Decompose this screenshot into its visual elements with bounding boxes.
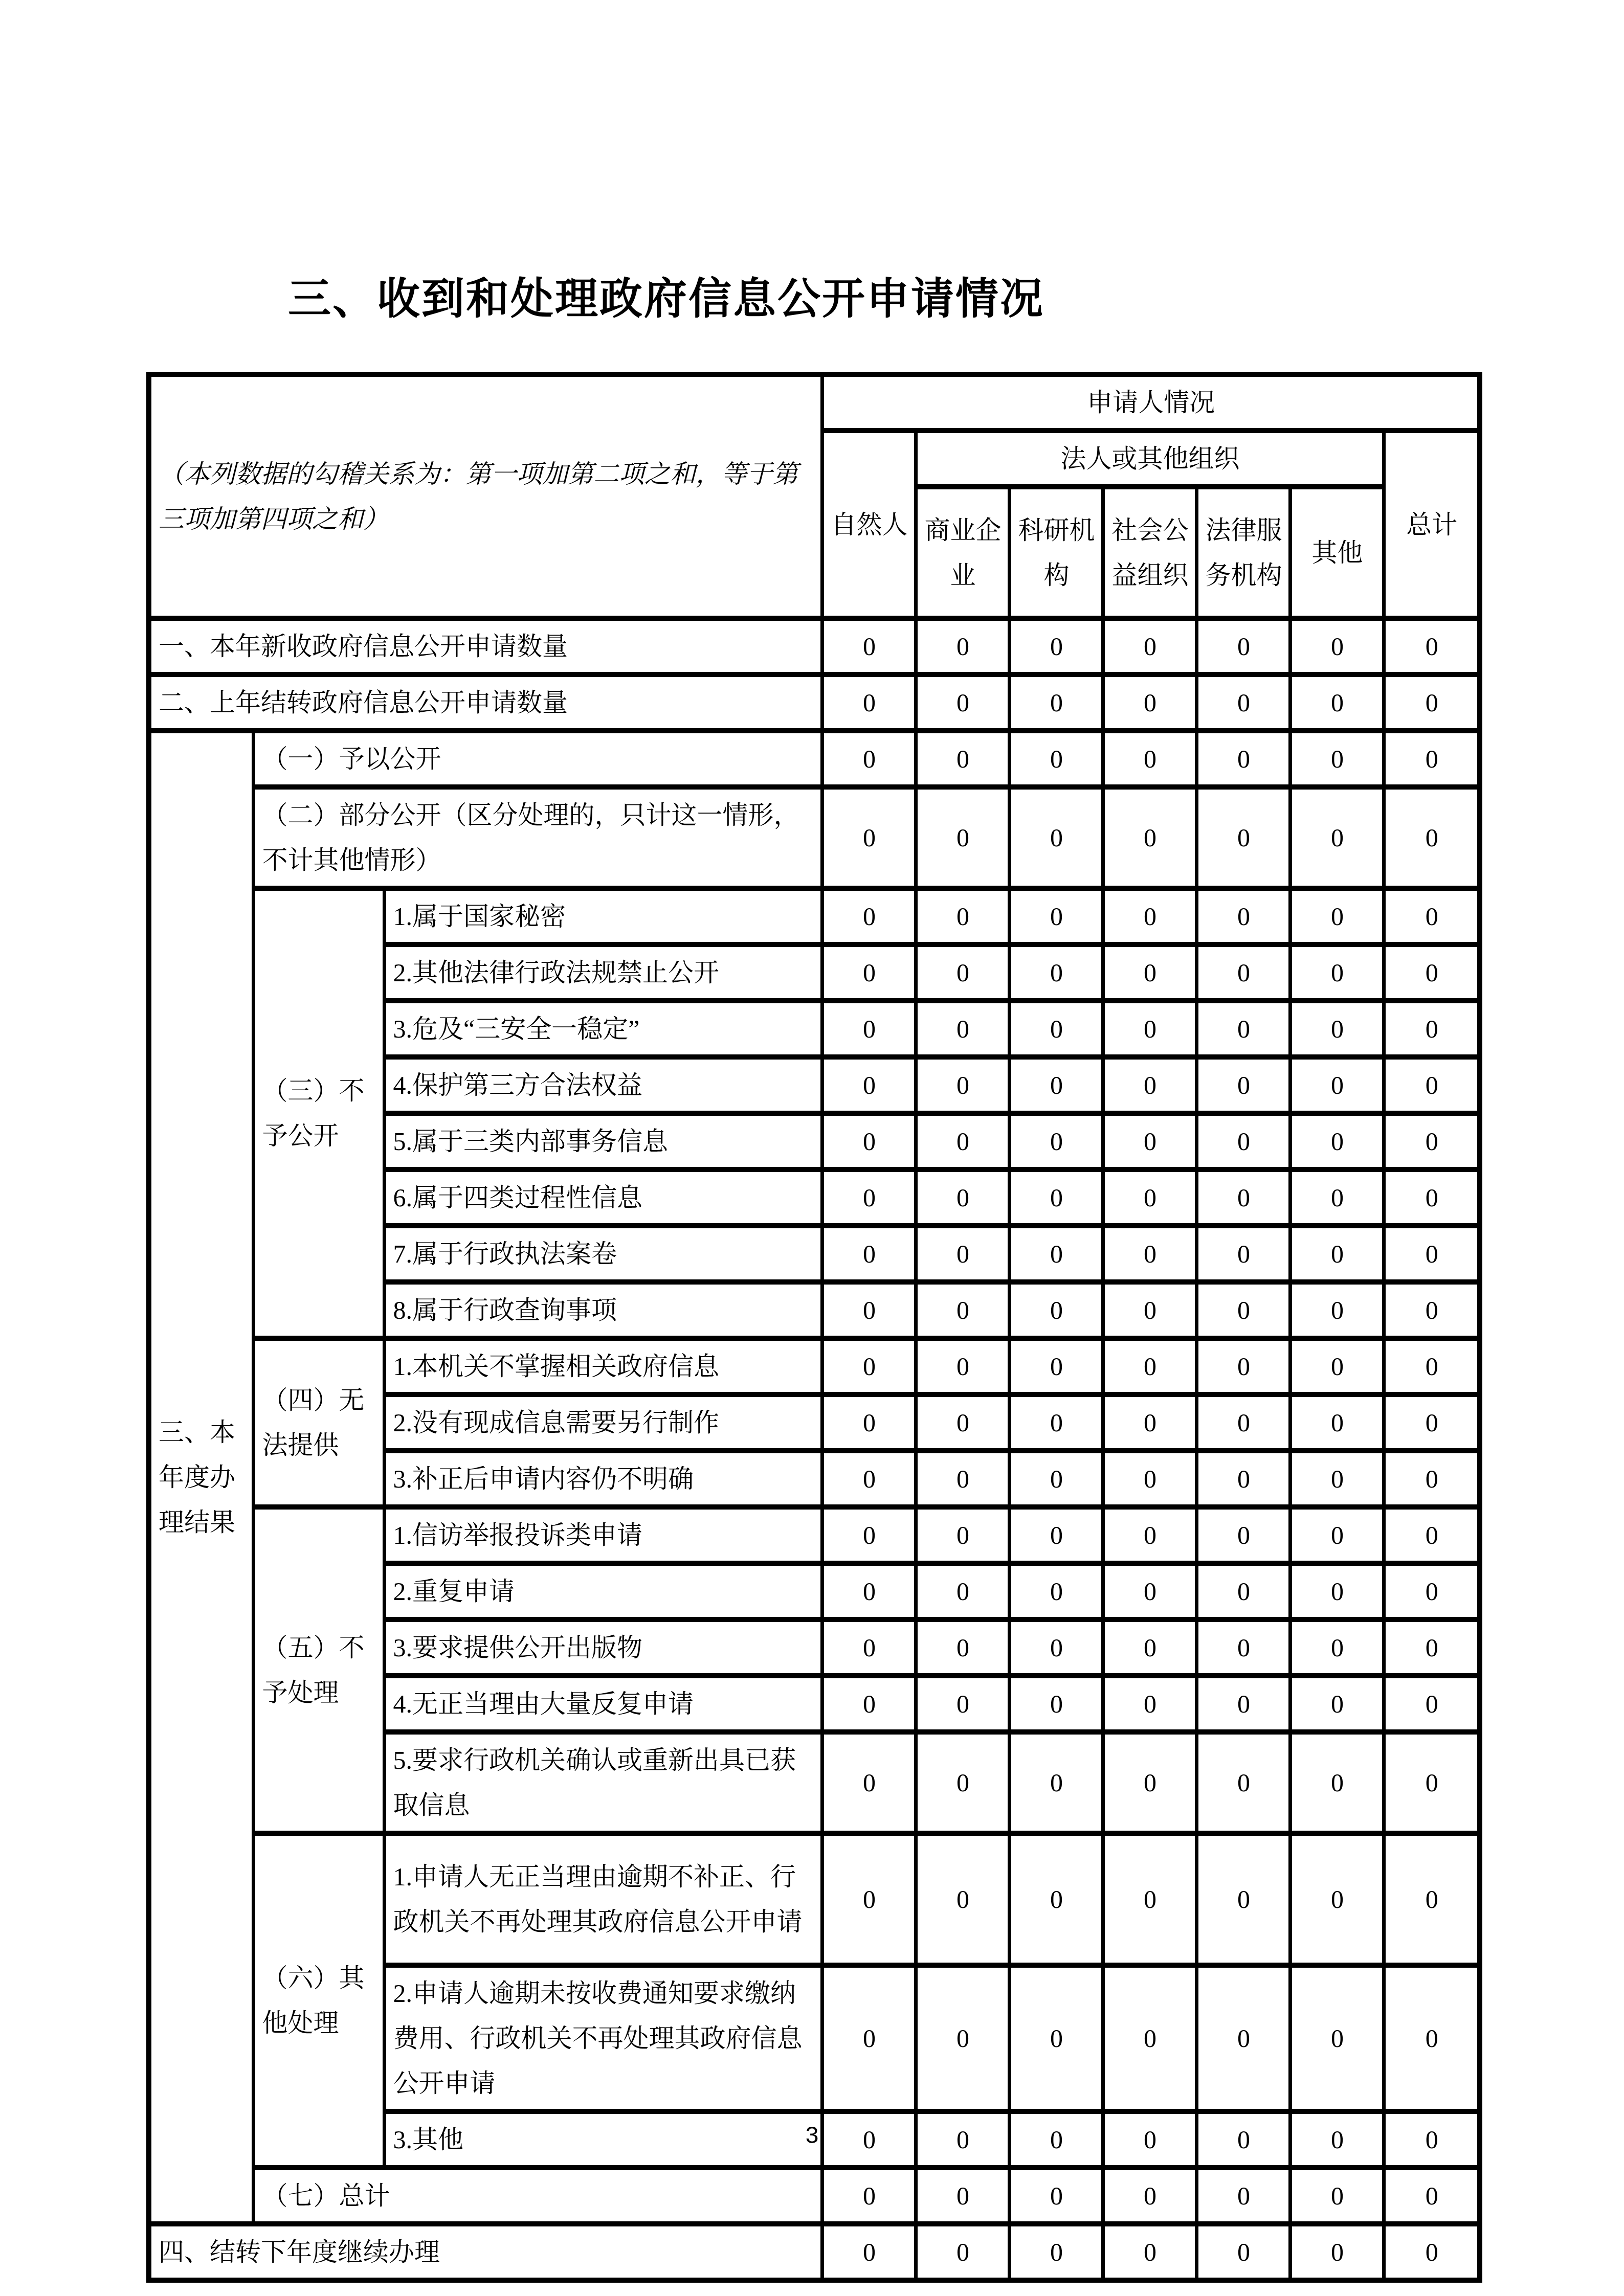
value-cell: 0 <box>1290 888 1384 944</box>
value-cell: 0 <box>1103 2168 1196 2224</box>
row-label: 3.要求提供公开出版物 <box>384 1619 822 1676</box>
value-cell: 0 <box>916 1226 1009 1282</box>
value-cell: 0 <box>1384 888 1480 944</box>
value-cell: 0 <box>822 1226 916 1282</box>
page-title: 三、收到和处理政府信息公开申请情况 <box>288 276 1044 321</box>
value-cell: 0 <box>1103 944 1196 1001</box>
value-cell: 0 <box>1009 1057 1103 1113</box>
value-cell: 0 <box>1103 1394 1196 1451</box>
group-label: （五）不予处理 <box>253 1507 384 1833</box>
value-cell: 0 <box>1384 787 1480 888</box>
value-cell: 0 <box>1196 1001 1290 1057</box>
value-cell: 0 <box>916 2168 1009 2224</box>
value-cell: 0 <box>1290 2224 1384 2280</box>
value-cell: 0 <box>1196 674 1290 731</box>
value-cell: 0 <box>916 944 1009 1001</box>
value-cell: 0 <box>1384 1507 1480 1563</box>
value-cell: 0 <box>916 2224 1009 2280</box>
value-cell: 0 <box>1196 1282 1290 1338</box>
value-cell: 0 <box>1103 1676 1196 1732</box>
value-cell: 0 <box>1009 1001 1103 1057</box>
value-cell: 0 <box>1196 731 1290 787</box>
value-cell: 0 <box>1196 944 1290 1001</box>
value-cell: 0 <box>1196 888 1290 944</box>
row-label: 2.其他法律行政法规禁止公开 <box>384 944 822 1001</box>
value-cell: 0 <box>1009 1226 1103 1282</box>
value-cell: 0 <box>1384 1965 1480 2111</box>
value-cell: 0 <box>1009 1732 1103 1833</box>
value-cell: 0 <box>1009 1113 1103 1169</box>
value-cell: 0 <box>916 1169 1009 1226</box>
value-cell: 0 <box>1290 2168 1384 2224</box>
value-cell: 0 <box>1196 1965 1290 2111</box>
value-cell: 0 <box>916 1563 1009 1619</box>
value-cell: 0 <box>1196 1338 1290 1394</box>
table-row: （五）不予处理1.信访举报投诉类申请0000000 <box>149 1507 1480 1563</box>
value-cell: 0 <box>1384 1001 1480 1057</box>
value-cell: 0 <box>1009 1965 1103 2111</box>
value-cell: 0 <box>1103 1833 1196 1965</box>
value-cell: 0 <box>916 1338 1009 1394</box>
value-cell: 0 <box>822 1113 916 1169</box>
value-cell: 0 <box>1384 1057 1480 1113</box>
row-label: 5.要求行政机关确认或重新出具已获取信息 <box>384 1732 822 1833</box>
value-cell: 0 <box>916 1001 1009 1057</box>
value-cell: 0 <box>1384 1394 1480 1451</box>
value-cell: 0 <box>822 1282 916 1338</box>
table-row: 二、上年结转政府信息公开申请数量0000000 <box>149 674 1480 731</box>
header-column: 社会公益组织 <box>1103 487 1196 618</box>
value-cell: 0 <box>1290 1732 1384 1833</box>
value-cell: 0 <box>1196 1057 1290 1113</box>
value-cell: 0 <box>1009 1619 1103 1676</box>
value-cell: 0 <box>1009 1169 1103 1226</box>
value-cell: 0 <box>1196 787 1290 888</box>
value-cell: 0 <box>1384 1676 1480 1732</box>
row-label: 2.重复申请 <box>384 1563 822 1619</box>
value-cell: 0 <box>1103 888 1196 944</box>
row-label: 1.信访举报投诉类申请 <box>384 1507 822 1563</box>
value-cell: 0 <box>1290 787 1384 888</box>
header-column: 法律服务机构 <box>1196 487 1290 618</box>
value-cell: 0 <box>1103 1619 1196 1676</box>
value-cell: 0 <box>1196 1113 1290 1169</box>
header-row-applicant-group: （本列数据的勾稽关系为：第一项加第二项之和，等于第三项加第四项之和）申请人情况 <box>149 374 1480 431</box>
value-cell: 0 <box>1290 944 1384 1001</box>
value-cell: 0 <box>916 1507 1009 1563</box>
value-cell: 0 <box>1196 1169 1290 1226</box>
row-label: （七）总计 <box>253 2168 822 2224</box>
value-cell: 0 <box>1196 1619 1290 1676</box>
value-cell: 0 <box>1384 1619 1480 1676</box>
header-column: 科研机构 <box>1009 487 1103 618</box>
value-cell: 0 <box>1196 1394 1290 1451</box>
value-cell: 0 <box>1009 618 1103 674</box>
row-label: 1.申请人无正当理由逾期不补正、行政机关不再处理其政府信息公开申请 <box>384 1833 822 1965</box>
value-cell: 0 <box>1290 731 1384 787</box>
value-cell: 0 <box>822 1619 916 1676</box>
row-label: 8.属于行政查询事项 <box>384 1282 822 1338</box>
value-cell: 0 <box>822 1507 916 1563</box>
value-cell: 0 <box>916 787 1009 888</box>
value-cell: 0 <box>1290 1451 1384 1507</box>
value-cell: 0 <box>1384 1226 1480 1282</box>
header-column: 其他 <box>1290 487 1384 618</box>
value-cell: 0 <box>1384 1732 1480 1833</box>
value-cell: 0 <box>822 1676 916 1732</box>
value-cell: 0 <box>1290 674 1384 731</box>
value-cell: 0 <box>1290 1676 1384 1732</box>
value-cell: 0 <box>1009 944 1103 1001</box>
value-cell: 0 <box>822 787 916 888</box>
value-cell: 0 <box>1384 1833 1480 1965</box>
value-cell: 0 <box>822 1563 916 1619</box>
value-cell: 0 <box>1384 1169 1480 1226</box>
row-label: 5.属于三类内部事务信息 <box>384 1113 822 1169</box>
value-cell: 0 <box>1290 1833 1384 1965</box>
table-row: 一、本年新收政府信息公开申请数量0000000 <box>149 618 1480 674</box>
value-cell: 0 <box>1103 1965 1196 2111</box>
header-natural-person: 自然人 <box>822 431 916 618</box>
value-cell: 0 <box>1384 2224 1480 2280</box>
value-cell: 0 <box>822 1001 916 1057</box>
value-cell: 0 <box>1290 1394 1384 1451</box>
value-cell: 0 <box>822 1833 916 1965</box>
section-label: 三、本年度办理结果 <box>149 731 253 2224</box>
table-row: （三）不予公开1.属于国家秘密0000000 <box>149 888 1480 944</box>
value-cell: 0 <box>1196 618 1290 674</box>
row-label: 7.属于行政执法案卷 <box>384 1226 822 1282</box>
value-cell: 0 <box>1290 1001 1384 1057</box>
value-cell: 0 <box>1384 1113 1480 1169</box>
value-cell: 0 <box>1290 1169 1384 1226</box>
value-cell: 0 <box>916 674 1009 731</box>
value-cell: 0 <box>916 1057 1009 1113</box>
value-cell: 0 <box>1103 1563 1196 1619</box>
value-cell: 0 <box>1103 1057 1196 1113</box>
value-cell: 0 <box>916 618 1009 674</box>
value-cell: 0 <box>1009 731 1103 787</box>
value-cell: 0 <box>916 1833 1009 1965</box>
value-cell: 0 <box>1103 731 1196 787</box>
row-label: 6.属于四类过程性信息 <box>384 1169 822 1226</box>
value-cell: 0 <box>1009 1563 1103 1619</box>
value-cell: 0 <box>1196 1451 1290 1507</box>
value-cell: 0 <box>1009 1507 1103 1563</box>
row-label: 4.保护第三方合法权益 <box>384 1057 822 1113</box>
row-label: 2.没有现成信息需要另行制作 <box>384 1394 822 1451</box>
value-cell: 0 <box>916 1676 1009 1732</box>
value-cell: 0 <box>822 2168 916 2224</box>
value-cell: 0 <box>1290 1619 1384 1676</box>
value-cell: 0 <box>1103 1001 1196 1057</box>
value-cell: 0 <box>916 888 1009 944</box>
row-label: （二）部分公开（区分处理的，只计这一情形，不计其他情形） <box>253 787 822 888</box>
value-cell: 0 <box>1009 1394 1103 1451</box>
value-cell: 0 <box>1103 1338 1196 1394</box>
group-label: （四）无法提供 <box>253 1338 384 1507</box>
info-disclosure-application-table: （本列数据的勾稽关系为：第一项加第二项之和，等于第三项加第四项之和）申请人情况自… <box>146 372 1482 2283</box>
value-cell: 0 <box>916 731 1009 787</box>
value-cell: 0 <box>1384 674 1480 731</box>
value-cell: 0 <box>1196 2168 1290 2224</box>
value-cell: 0 <box>916 1965 1009 2111</box>
table-row: （四）无法提供1.本机关不掌握相关政府信息0000000 <box>149 1338 1480 1394</box>
value-cell: 0 <box>822 1394 916 1451</box>
value-cell: 0 <box>822 1338 916 1394</box>
value-cell: 0 <box>1384 731 1480 787</box>
group-label: （六）其他处理 <box>253 1833 384 2168</box>
value-cell: 0 <box>1196 1676 1290 1732</box>
document-page: 三、收到和处理政府信息公开申请情况 （本列数据的勾稽关系为：第一项加第二项之和，… <box>0 0 1624 2296</box>
header-legal-or-other-org: 法人或其他组织 <box>916 431 1384 487</box>
value-cell: 0 <box>916 1282 1009 1338</box>
value-cell: 0 <box>1009 1282 1103 1338</box>
value-cell: 0 <box>1290 1563 1384 1619</box>
value-cell: 0 <box>1384 1563 1480 1619</box>
value-cell: 0 <box>1290 1282 1384 1338</box>
value-cell: 0 <box>1009 1451 1103 1507</box>
value-cell: 0 <box>916 1619 1009 1676</box>
header-column: 商业企业 <box>916 487 1009 618</box>
value-cell: 0 <box>1009 888 1103 944</box>
value-cell: 0 <box>1290 1507 1384 1563</box>
table-row: （二）部分公开（区分处理的，只计这一情形，不计其他情形）0000000 <box>149 787 1480 888</box>
row-label: 3.危及“三安全一稳定” <box>384 1001 822 1057</box>
value-cell: 0 <box>822 731 916 787</box>
value-cell: 0 <box>1009 1338 1103 1394</box>
value-cell: 0 <box>916 1394 1009 1451</box>
value-cell: 0 <box>822 2224 916 2280</box>
row-label: 四、结转下年度继续办理 <box>149 2224 822 2280</box>
row-label: 1.属于国家秘密 <box>384 888 822 944</box>
value-cell: 0 <box>1196 2224 1290 2280</box>
value-cell: 0 <box>1009 787 1103 888</box>
value-cell: 0 <box>1103 2224 1196 2280</box>
row-label: 4.无正当理由大量反复申请 <box>384 1676 822 1732</box>
value-cell: 0 <box>1196 1833 1290 1965</box>
table-row: 三、本年度办理结果（一）予以公开0000000 <box>149 731 1480 787</box>
value-cell: 0 <box>916 1732 1009 1833</box>
value-cell: 0 <box>822 1169 916 1226</box>
value-cell: 0 <box>1009 1833 1103 1965</box>
value-cell: 0 <box>1009 674 1103 731</box>
header-applicant-group: 申请人情况 <box>822 374 1480 431</box>
value-cell: 0 <box>916 1113 1009 1169</box>
value-cell: 0 <box>1009 1676 1103 1732</box>
value-cell: 0 <box>822 1732 916 1833</box>
value-cell: 0 <box>1196 1226 1290 1282</box>
table-row: 四、结转下年度继续办理0000000 <box>149 2224 1480 2280</box>
row-label: 二、上年结转政府信息公开申请数量 <box>149 674 822 731</box>
page-number: 3 <box>0 2121 1624 2149</box>
value-cell: 0 <box>1384 1282 1480 1338</box>
row-label: 一、本年新收政府信息公开申请数量 <box>149 618 822 674</box>
table-row: （七）总计0000000 <box>149 2168 1480 2224</box>
value-cell: 0 <box>1290 1338 1384 1394</box>
group-label: （三）不予公开 <box>253 888 384 1338</box>
value-cell: 0 <box>1009 2168 1103 2224</box>
table-row: （六）其他处理1.申请人无正当理由逾期不补正、行政机关不再处理其政府信息公开申请… <box>149 1833 1480 1965</box>
value-cell: 0 <box>1290 1965 1384 2111</box>
value-cell: 0 <box>1384 2168 1480 2224</box>
value-cell: 0 <box>1290 1226 1384 1282</box>
value-cell: 0 <box>1103 1282 1196 1338</box>
value-cell: 0 <box>1384 1451 1480 1507</box>
value-cell: 0 <box>1290 618 1384 674</box>
check-relationship-note: （本列数据的勾稽关系为：第一项加第二项之和，等于第三项加第四项之和） <box>149 374 822 618</box>
value-cell: 0 <box>1384 944 1480 1001</box>
value-cell: 0 <box>1103 1451 1196 1507</box>
value-cell: 0 <box>1103 1732 1196 1833</box>
value-cell: 0 <box>1103 1507 1196 1563</box>
row-label: 3.补正后申请内容仍不明确 <box>384 1451 822 1507</box>
value-cell: 0 <box>822 888 916 944</box>
value-cell: 0 <box>1290 1113 1384 1169</box>
value-cell: 0 <box>1009 2224 1103 2280</box>
value-cell: 0 <box>822 674 916 731</box>
value-cell: 0 <box>1103 787 1196 888</box>
value-cell: 0 <box>1290 1057 1384 1113</box>
table-body: （本列数据的勾稽关系为：第一项加第二项之和，等于第三项加第四项之和）申请人情况自… <box>149 374 1480 2280</box>
value-cell: 0 <box>822 944 916 1001</box>
value-cell: 0 <box>1103 674 1196 731</box>
value-cell: 0 <box>1196 1563 1290 1619</box>
value-cell: 0 <box>916 1451 1009 1507</box>
value-cell: 0 <box>1103 618 1196 674</box>
value-cell: 0 <box>822 1057 916 1113</box>
value-cell: 0 <box>1196 1732 1290 1833</box>
value-cell: 0 <box>822 1451 916 1507</box>
value-cell: 0 <box>1384 618 1480 674</box>
value-cell: 0 <box>1103 1169 1196 1226</box>
value-cell: 0 <box>1103 1113 1196 1169</box>
value-cell: 0 <box>822 1965 916 2111</box>
value-cell: 0 <box>822 618 916 674</box>
row-label: 2.申请人逾期未按收费通知要求缴纳费用、行政机关不再处理其政府信息公开申请 <box>384 1965 822 2111</box>
header-total: 总计 <box>1384 431 1480 618</box>
row-label: （一）予以公开 <box>253 731 822 787</box>
row-label: 1.本机关不掌握相关政府信息 <box>384 1338 822 1394</box>
value-cell: 0 <box>1103 1226 1196 1282</box>
value-cell: 0 <box>1384 1338 1480 1394</box>
value-cell: 0 <box>1196 1507 1290 1563</box>
